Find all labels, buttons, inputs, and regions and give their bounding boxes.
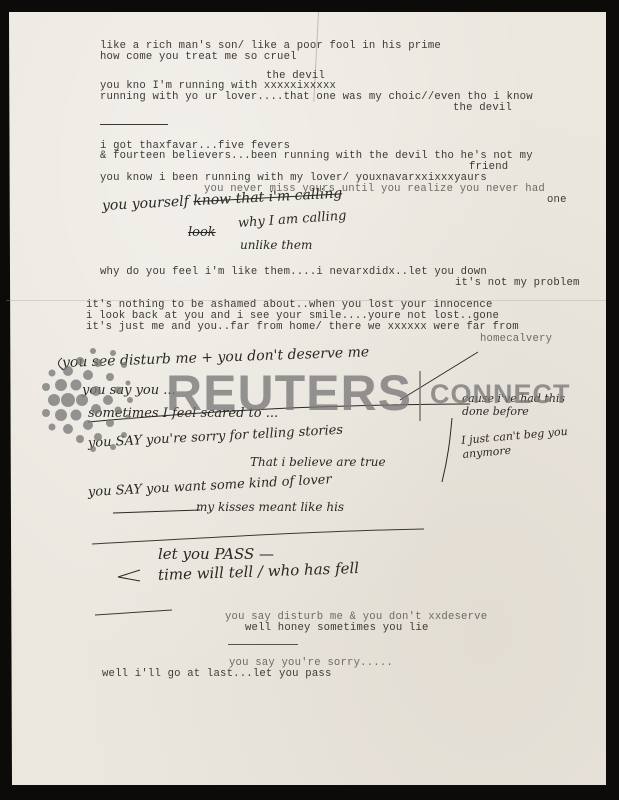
struck-text: look	[188, 225, 216, 240]
divider	[100, 124, 168, 125]
typed-line: the devil	[453, 103, 512, 114]
handwritten-note: That i believe are true	[250, 455, 386, 469]
typed-line: why do you feel i'm like them....i nevar…	[100, 267, 487, 278]
typed-line: well honey sometimes you lie	[245, 623, 429, 634]
typed-line: well i'll go at last...let you pass	[102, 669, 332, 680]
typed-line: homecalvery	[480, 334, 552, 345]
typed-line: one	[547, 195, 567, 206]
typed-line: how come you treat me so cruel	[100, 52, 297, 63]
handwritten-note: unlike them	[240, 238, 312, 252]
handwritten-note: sometimes I feel scared to ...	[88, 406, 278, 421]
typed-line: & fourteen believers...been running with…	[100, 151, 533, 162]
typed-line: it's not my problem	[455, 278, 580, 289]
handwritten-note: let you PASS —	[158, 545, 274, 563]
handwritten-note: my kisses meant like his	[196, 500, 344, 514]
handwritten-note: cause i've had this done before	[462, 392, 572, 418]
handwritten-note: you say you ...	[82, 383, 176, 398]
typed-line: it's just me and you..far from home/ the…	[86, 322, 519, 333]
divider	[228, 644, 298, 645]
